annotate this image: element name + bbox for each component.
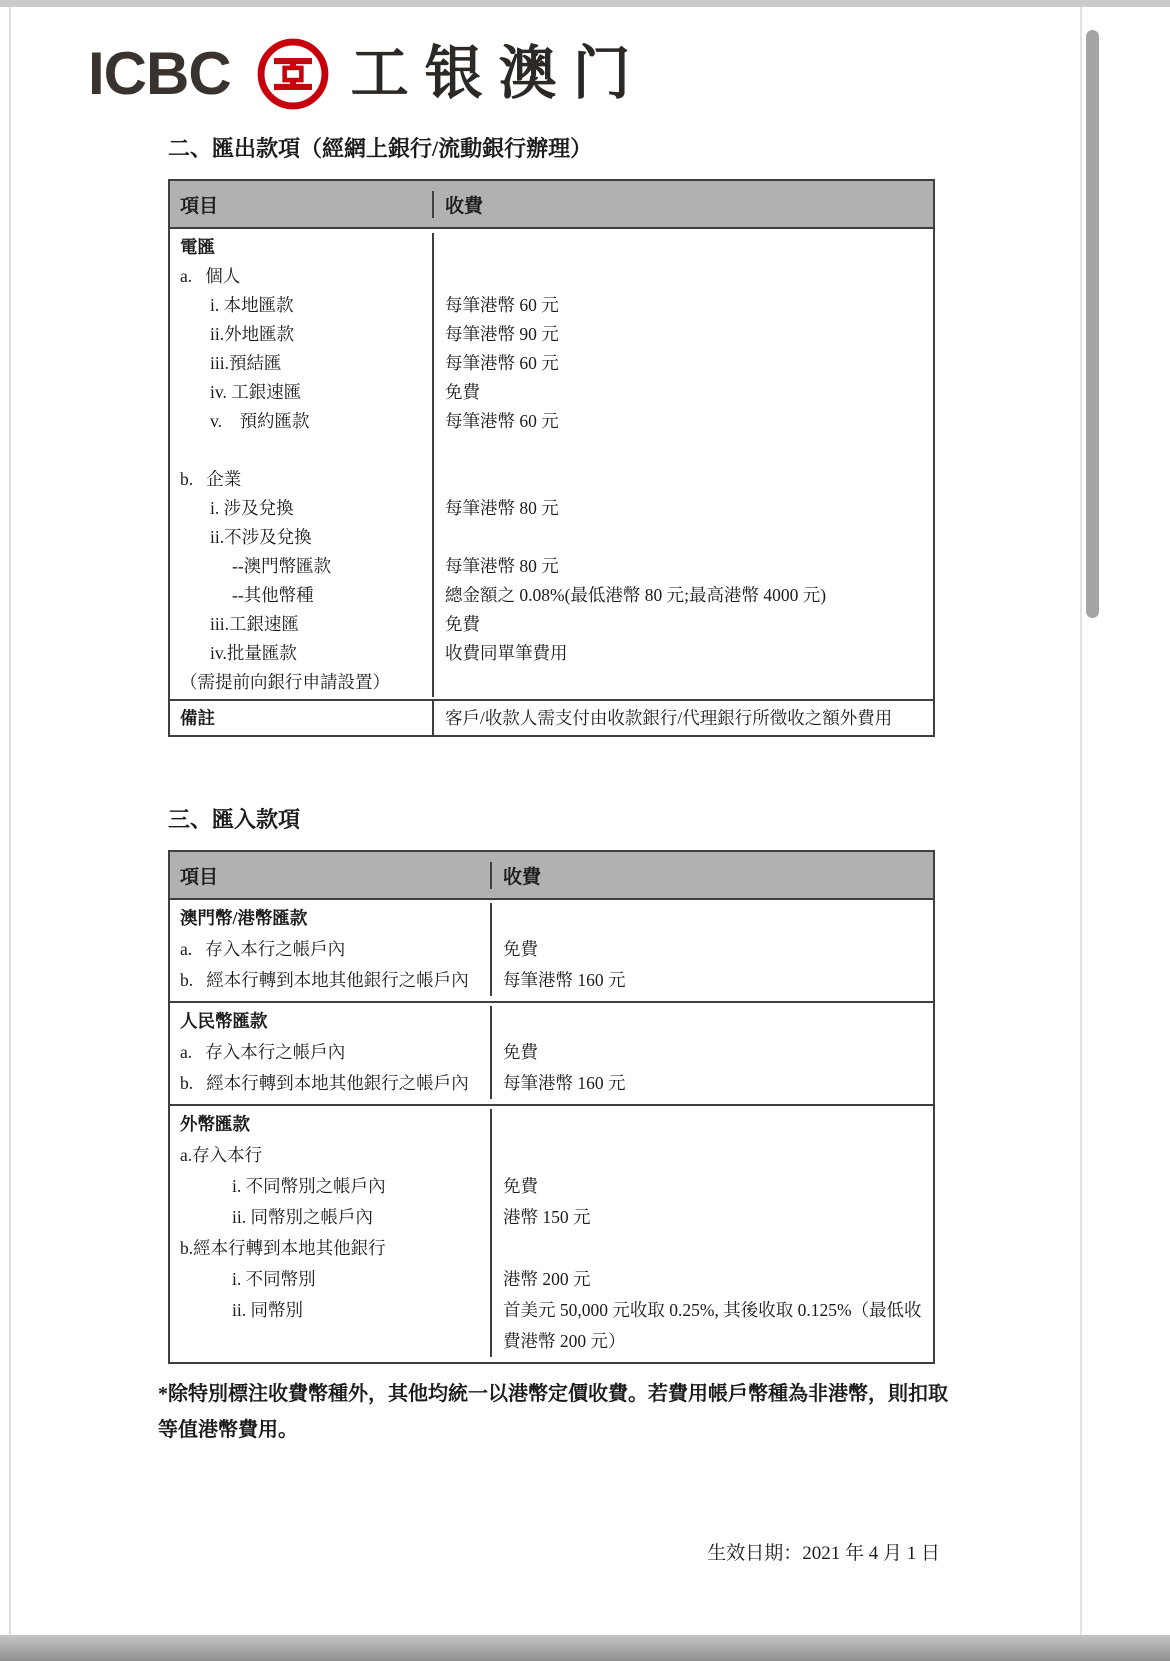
fee-cell: 每筆港幣 60 元 xyxy=(434,349,933,378)
fee-cell: 每筆港幣 90 元 xyxy=(434,320,933,349)
item-cell: v. 預約匯款 xyxy=(170,407,434,436)
icbc-wordmark: ICBC xyxy=(88,36,231,112)
table-row: iv.批量匯款收費同單筆費用 xyxy=(170,639,933,668)
fee-cell: 免費 xyxy=(492,1037,933,1068)
table-row: 人民幣匯款 xyxy=(170,1006,933,1037)
section-title-inward: 三、匯入款項 xyxy=(168,803,935,834)
table-row: ii.不涉及兌換 xyxy=(170,523,933,552)
fee-cell: 免費 xyxy=(434,378,933,407)
table-row: b.經本行轉到本地其他銀行 xyxy=(170,1233,933,1264)
item-cell: b. 企業 xyxy=(170,465,434,494)
fee-cell: 總金額之 0.08%(最低港幣 80 元;最高港幣 4000 元) xyxy=(434,581,933,610)
item-cell: i. 不同幣別 xyxy=(170,1264,492,1295)
table-row: i. 不同幣別港幣 200 元 xyxy=(170,1264,933,1295)
inward-fee-table: 項目 收費 澳門幣/港幣匯款a. 存入本行之帳戶內免費b. 經本行轉到本地其他銀… xyxy=(168,850,935,1364)
fee-cell: 免費 xyxy=(492,1171,933,1202)
footnote: *除特別標注收費幣種外，其他均統一以港幣定價收費。若費用帳戶幣種為非港幣，則扣取… xyxy=(158,1376,963,1448)
fee-cell xyxy=(492,903,933,934)
item-cell: a. 個人 xyxy=(170,262,434,291)
item-cell: --其他幣種 xyxy=(170,581,434,610)
fee-cell: 港幣 150 元 xyxy=(492,1202,933,1233)
fee-cell xyxy=(492,1006,933,1037)
icbc-cjk-wordmark: 工银澳门 xyxy=(351,36,647,112)
table-row: iv. 工銀速匯免費 xyxy=(170,378,933,407)
table-row: iii.工銀速匯免費 xyxy=(170,610,933,639)
table-row: ii. 同幣別首美元 50,000 元收取 0.25%, 其後收取 0.125%… xyxy=(170,1295,933,1357)
fee-cell: 免費 xyxy=(492,934,933,965)
table-row: a. 存入本行之帳戶內免費 xyxy=(170,1037,933,1068)
table-row: b. 經本行轉到本地其他銀行之帳戶內每筆港幣 160 元 xyxy=(170,965,933,996)
table-row: 電匯 xyxy=(170,233,933,262)
icbc-emblem-icon xyxy=(255,36,331,112)
item-cell: b. 經本行轉到本地其他銀行之帳戶內 xyxy=(170,1068,492,1099)
page-edge-left xyxy=(9,7,11,1635)
item-cell xyxy=(170,436,434,465)
item-cell: i. 本地匯款 xyxy=(170,291,434,320)
header-fee: 收費 xyxy=(434,191,933,218)
fee-cell: 每筆港幣 80 元 xyxy=(434,494,933,523)
table-row: ii. 同幣別之帳戶內港幣 150 元 xyxy=(170,1202,933,1233)
header-fee: 收費 xyxy=(492,862,933,889)
item-cell: b. 經本行轉到本地其他銀行之帳戶內 xyxy=(170,965,492,996)
table-group: 人民幣匯款a. 存入本行之帳戶內免費b. 經本行轉到本地其他銀行之帳戶內每筆港幣… xyxy=(170,1001,933,1104)
item-cell: a. 存入本行之帳戶內 xyxy=(170,934,492,965)
table-row: v. 預約匯款每筆港幣 60 元 xyxy=(170,407,933,436)
table-group: 澳門幣/港幣匯款a. 存入本行之帳戶內免費b. 經本行轉到本地其他銀行之帳戶內每… xyxy=(170,900,933,1001)
fee-cell: 每筆港幣 60 元 xyxy=(434,291,933,320)
item-cell: iv.批量匯款 xyxy=(170,639,434,668)
header-item: 項目 xyxy=(170,862,492,889)
icbc-logo: ICBC 工银澳门 xyxy=(88,36,647,112)
fee-cell: 免費 xyxy=(434,610,933,639)
item-cell: iii.預結匯 xyxy=(170,349,434,378)
outward-fee-table: 項目 收費 電匯a. 個人i. 本地匯款每筆港幣 60 元ii.外地匯款每筆港幣… xyxy=(168,179,935,737)
fee-cell: 每筆港幣 60 元 xyxy=(434,407,933,436)
item-cell: iv. 工銀速匯 xyxy=(170,378,434,407)
fee-cell xyxy=(434,233,933,262)
table-header-row: 項目 收費 xyxy=(170,852,933,900)
table-header-row: 項目 收費 xyxy=(170,181,933,229)
table-row: i. 不同幣別之帳戶內免費 xyxy=(170,1171,933,1202)
table-row: a. 個人 xyxy=(170,262,933,291)
section-title-outward: 二、匯出款項（經網上銀行/流動銀行辦理） xyxy=(168,132,935,163)
item-cell: ii. 同幣別之帳戶內 xyxy=(170,1202,492,1233)
item-cell: i. 涉及兌換 xyxy=(170,494,434,523)
note-row: 備註 客戶/收款人需支付由收款銀行/代理銀行所徵收之額外費用 xyxy=(170,699,933,735)
item-cell: 人民幣匯款 xyxy=(170,1006,492,1037)
fee-cell xyxy=(434,465,933,494)
note-label: 備註 xyxy=(170,701,434,735)
item-cell: ii.外地匯款 xyxy=(170,320,434,349)
header-item: 項目 xyxy=(170,191,434,218)
fee-cell xyxy=(492,1233,933,1264)
viewer-bottom-bar xyxy=(0,1635,1170,1661)
item-cell: i. 不同幣別之帳戶內 xyxy=(170,1171,492,1202)
fee-cell: 每筆港幣 160 元 xyxy=(492,965,933,996)
table-row: a. 存入本行之帳戶內免費 xyxy=(170,934,933,965)
scrollbar-thumb[interactable] xyxy=(1086,30,1099,618)
fee-cell xyxy=(434,668,933,697)
table-row: a.存入本行 xyxy=(170,1140,933,1171)
item-cell: a. 存入本行之帳戶內 xyxy=(170,1037,492,1068)
fee-cell: 首美元 50,000 元收取 0.25%, 其後收取 0.125%（最低收費港幣… xyxy=(492,1295,933,1357)
document-body: 二、匯出款項（經網上銀行/流動銀行辦理） 項目 收費 電匯a. 個人i. 本地匯… xyxy=(168,132,935,1448)
item-cell: b.經本行轉到本地其他銀行 xyxy=(170,1233,492,1264)
table-row: iii.預結匯每筆港幣 60 元 xyxy=(170,349,933,378)
table-group: 外幣匯款a.存入本行i. 不同幣別之帳戶內免費ii. 同幣別之帳戶內港幣 150… xyxy=(170,1104,933,1362)
item-cell: （需提前向銀行申請設置） xyxy=(170,668,434,697)
fee-cell: 收費同單筆費用 xyxy=(434,639,933,668)
table-row: i. 涉及兌換每筆港幣 80 元 xyxy=(170,494,933,523)
item-cell: 電匯 xyxy=(170,233,434,262)
fee-cell: 港幣 200 元 xyxy=(492,1264,933,1295)
item-cell: --澳門幣匯款 xyxy=(170,552,434,581)
table-row: --澳門幣匯款每筆港幣 80 元 xyxy=(170,552,933,581)
item-cell: 外幣匯款 xyxy=(170,1109,492,1140)
page-edge-right xyxy=(1080,7,1082,1635)
table-row: b. 企業 xyxy=(170,465,933,494)
fee-cell xyxy=(434,436,933,465)
viewer-top-strip xyxy=(0,0,1170,7)
note-text: 客戶/收款人需支付由收款銀行/代理銀行所徵收之額外費用 xyxy=(434,701,933,735)
table-row: 外幣匯款 xyxy=(170,1109,933,1140)
fee-cell xyxy=(492,1109,933,1140)
item-cell: ii. 同幣別 xyxy=(170,1295,492,1357)
table-row: （需提前向銀行申請設置） xyxy=(170,668,933,697)
item-cell: iii.工銀速匯 xyxy=(170,610,434,639)
fee-cell xyxy=(434,523,933,552)
item-cell: a.存入本行 xyxy=(170,1140,492,1171)
table-row: 澳門幣/港幣匯款 xyxy=(170,903,933,934)
table-row: b. 經本行轉到本地其他銀行之帳戶內每筆港幣 160 元 xyxy=(170,1068,933,1099)
effective-date: 生效日期：2021 年 4 月 1 日 xyxy=(707,1538,940,1565)
table-row: ii.外地匯款每筆港幣 90 元 xyxy=(170,320,933,349)
table-row: i. 本地匯款每筆港幣 60 元 xyxy=(170,291,933,320)
item-cell: ii.不涉及兌換 xyxy=(170,523,434,552)
fee-cell xyxy=(492,1140,933,1171)
table-row: --其他幣種總金額之 0.08%(最低港幣 80 元;最高港幣 4000 元) xyxy=(170,581,933,610)
fee-cell xyxy=(434,262,933,291)
fee-cell: 每筆港幣 80 元 xyxy=(434,552,933,581)
fee-cell: 每筆港幣 160 元 xyxy=(492,1068,933,1099)
table-body: 電匯a. 個人i. 本地匯款每筆港幣 60 元ii.外地匯款每筆港幣 90 元i… xyxy=(170,229,933,699)
item-cell: 澳門幣/港幣匯款 xyxy=(170,903,492,934)
table-body: 澳門幣/港幣匯款a. 存入本行之帳戶內免費b. 經本行轉到本地其他銀行之帳戶內每… xyxy=(170,900,933,1362)
table-row xyxy=(170,436,933,465)
